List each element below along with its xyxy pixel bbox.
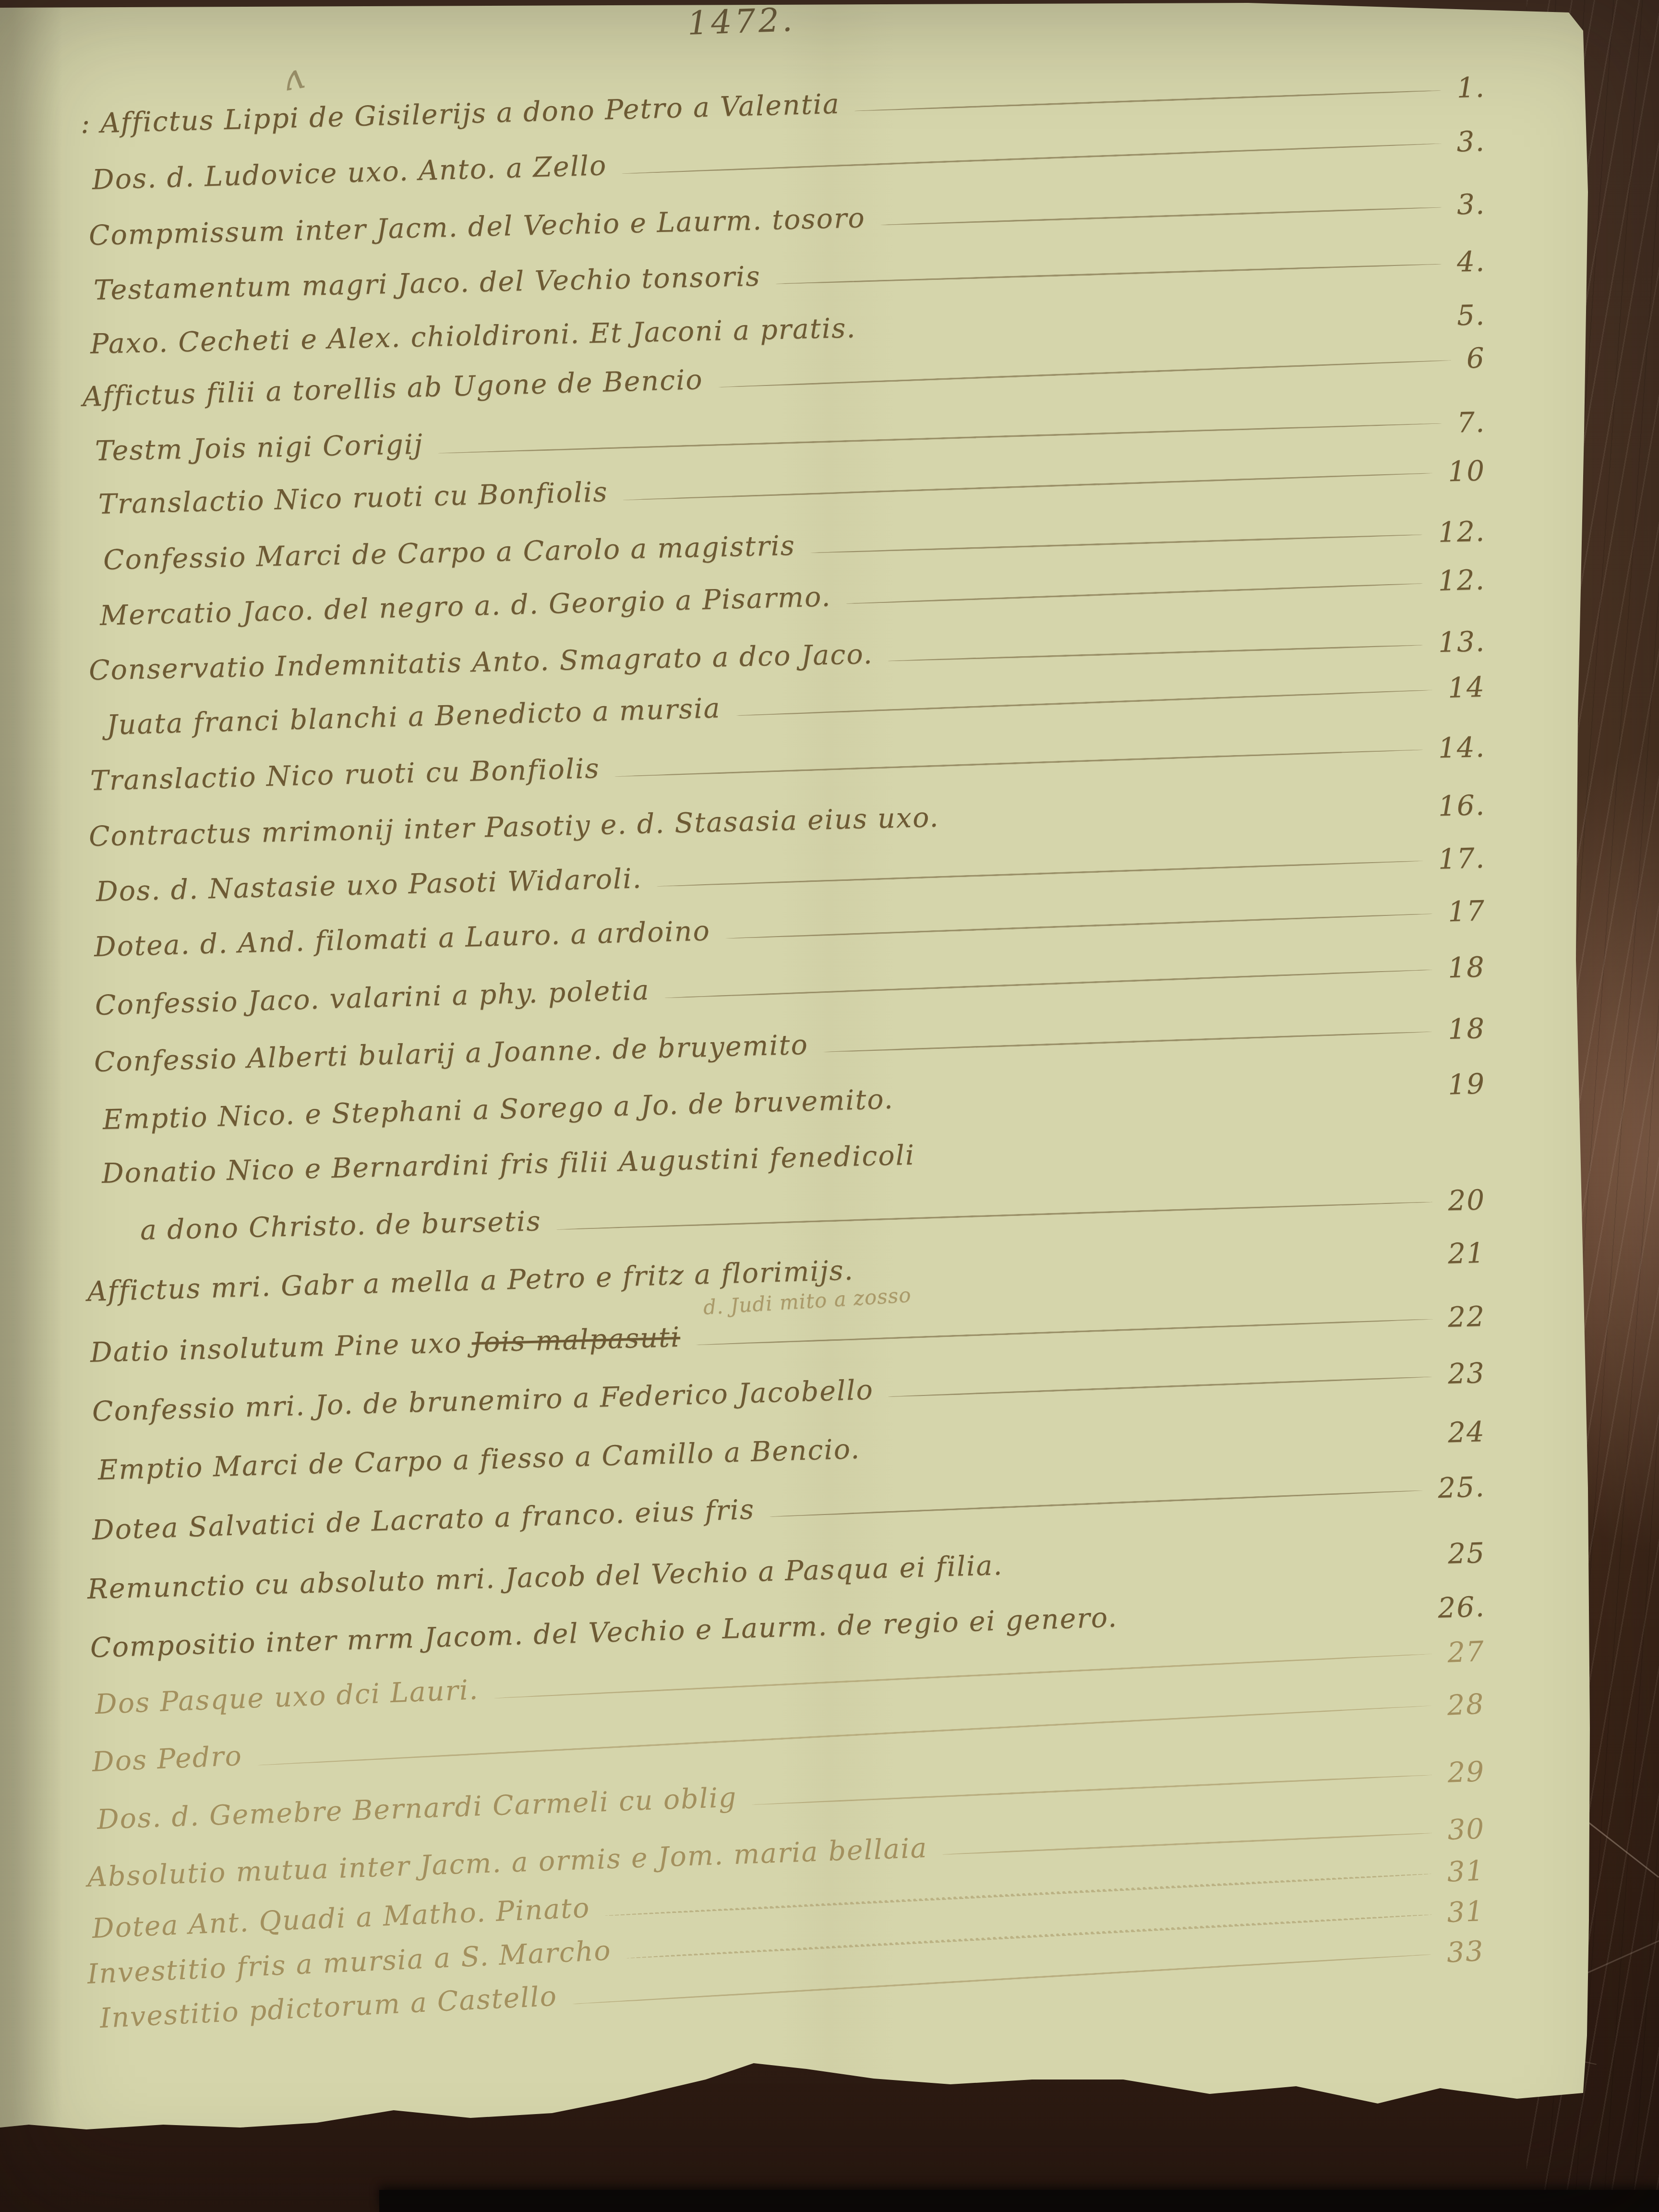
entry-page-number: 6: [1466, 341, 1486, 374]
leader-flourish-line: [942, 1832, 1432, 1856]
entry-text: Testm Jois nigi Corigij: [95, 429, 423, 467]
entry-page-number: 12.: [1438, 563, 1486, 597]
entry-text: Datio insolutum Pine uxo Jois malpasuti: [90, 1322, 681, 1369]
entry-text: Testamentum magri Jaco. del Vechio tonso…: [93, 261, 761, 306]
entry-page-number: 17: [1447, 894, 1486, 928]
leader-flourish-line: [775, 263, 1442, 285]
entry-page-number: 10: [1448, 454, 1486, 488]
entry-text: a dono Christo. de bursetis: [140, 1205, 541, 1246]
entry-text: Dos. d. Nastasie uxo Pasoti Widaroli.: [96, 863, 642, 908]
entry-page-number: 7.: [1456, 406, 1486, 439]
entry-text: Dotea Salvatici de Lacrato a franco. eiu…: [92, 1494, 755, 1546]
entry-page-number: 16.: [1438, 789, 1486, 822]
leader-flourish-line: [854, 89, 1442, 112]
entry-page-number: 30: [1447, 1812, 1485, 1846]
leader-flourish-line: [725, 913, 1432, 939]
leader-flourish-line: [888, 1376, 1432, 1398]
entry-text: Mercatio Jaco. del negro a. d. Georgio a…: [99, 581, 831, 632]
entry-text: Emptio Marci de Carpo a fiesso a Camillo…: [97, 1433, 861, 1486]
entry-text: Dos. d. Ludovice uxo. Anto. a Zello: [92, 150, 607, 196]
entry-text: Dotea. d. And. filomati a Lauro. a ardoi…: [94, 915, 710, 963]
leader-flourish-line: [810, 534, 1423, 554]
entry-page-number: 13.: [1438, 625, 1486, 659]
entry-text: Confessio Alberti bularij a Joanne. de b…: [94, 1029, 808, 1078]
manuscript-photo: 1472. ʌ : Affictus Lippi de Gisilerijs a…: [0, 0, 1659, 2212]
leader-flourish-line: [846, 583, 1423, 605]
leader-flourish-line: [623, 472, 1432, 501]
entry-text: Translactio Nico ruoti cu Bonfiolis: [98, 476, 608, 520]
entry-text: Paxo. Cecheti e Alex. chioldironi. Et Ja…: [90, 313, 856, 360]
leader-flourish-line: [556, 1201, 1433, 1230]
entry-text: Conservatio Indemnitatis Anto. Smagrato …: [88, 638, 873, 686]
entry-page-number: 24: [1447, 1415, 1486, 1449]
entry-text: Confessio mri. Jo. de brunemiro a Federi…: [92, 1374, 874, 1428]
entry-page-number: 5.: [1456, 299, 1486, 332]
entry-text: : Affictus Lippi de Gisilerijs a dono Pe…: [80, 88, 840, 140]
entry-page-number: 25.: [1437, 1470, 1485, 1504]
leader-flourish-line: [823, 1031, 1432, 1053]
entry-page-number: 17.: [1438, 842, 1486, 875]
entry-text: Affictus filii a torellis ab Ugone de Be…: [82, 364, 703, 413]
entry-page-number: 18: [1447, 950, 1486, 984]
entry-page-number: 22: [1447, 1300, 1486, 1334]
parchment-page: 1472. ʌ : Affictus Lippi de Gisilerijs a…: [0, 0, 1659, 2212]
entry-page-number: 27: [1447, 1635, 1485, 1669]
entry-page-number: 1.: [1456, 71, 1486, 104]
leader-flourish-line: [888, 644, 1423, 662]
entry-text: Confessio Marci de Carpo a Carolo a magi…: [103, 530, 795, 576]
leader-flourish-line: [614, 749, 1423, 778]
entry-page-number: 31: [1446, 1854, 1485, 1888]
leader-flourish-line: [735, 689, 1432, 717]
entry-page-number: 12.: [1438, 515, 1486, 549]
entry-text: Confessio Jaco. valarini a phy. poletia: [95, 974, 650, 1022]
entry-text: Dos Pedro: [92, 1740, 243, 1778]
entry-text: Compmissum inter Jacm. del Vechio e Laur…: [88, 202, 866, 252]
entry-page-number: 3.: [1456, 188, 1486, 221]
entry-page-number: 4.: [1456, 245, 1486, 278]
leader-flourish-line: [438, 422, 1442, 454]
leader-flourish-line: [622, 143, 1442, 175]
leader-flourish-line: [718, 360, 1451, 388]
entry-text: Dos. d. Gemebre Bernardi Carmeli cu obli…: [96, 1781, 738, 1836]
entry-page-number: 21: [1447, 1237, 1486, 1270]
entry-text: Donatio Nico e Bernardini fris filii Aug…: [101, 1140, 915, 1190]
entry-page-number: 14.: [1438, 731, 1486, 764]
index-list: : Affictus Lippi de Gisilerijs a dono Pe…: [0, 0, 1659, 2212]
entry-text: Emptio Nico. e Stephani a Sorego a Jo. d…: [102, 1083, 894, 1136]
leader-flourish-line: [695, 1318, 1433, 1346]
entry-page-number: 19: [1447, 1068, 1486, 1101]
leader-flourish-line: [752, 1774, 1432, 1806]
entry-page-number: 3.: [1456, 125, 1486, 158]
entry-page-number: 26.: [1438, 1590, 1486, 1624]
entry-page-number: 28: [1446, 1687, 1485, 1721]
table-edge-shadow: [379, 2190, 1659, 2212]
leader-flourish-line: [657, 860, 1423, 887]
entry-text: Contractus mrimonij inter Pasotiy e. d. …: [88, 802, 939, 853]
entry-page-number: 25: [1447, 1537, 1486, 1570]
leader-flourish-line: [257, 1705, 1431, 1766]
entry-page-number: 14: [1447, 671, 1486, 704]
entry-text-struck: Jois malpasuti: [471, 1322, 681, 1358]
leader-flourish-line: [664, 969, 1432, 999]
entry-page-number: 18: [1448, 1012, 1486, 1046]
entry-text: Translactio Nico ruoti cu Bonfiolis: [90, 753, 600, 797]
entry-text: Dos Pasque uxo dci Lauri.: [95, 1674, 480, 1720]
entry-page-number: 20: [1448, 1183, 1486, 1217]
leader-flourish-line: [880, 206, 1442, 226]
entry-page-number: 33: [1446, 1935, 1485, 1969]
entry-page-number: 29: [1447, 1755, 1485, 1789]
entry-page-number: 31: [1446, 1895, 1485, 1929]
entry-page-number: 23: [1447, 1357, 1486, 1390]
entry-text: Juata franci blanchi a Benedicto a mursi…: [106, 692, 721, 741]
entry-text: Remunctio cu absoluto mri. Jacob del Vec…: [87, 1550, 1003, 1605]
leader-flourish-line: [769, 1490, 1423, 1518]
